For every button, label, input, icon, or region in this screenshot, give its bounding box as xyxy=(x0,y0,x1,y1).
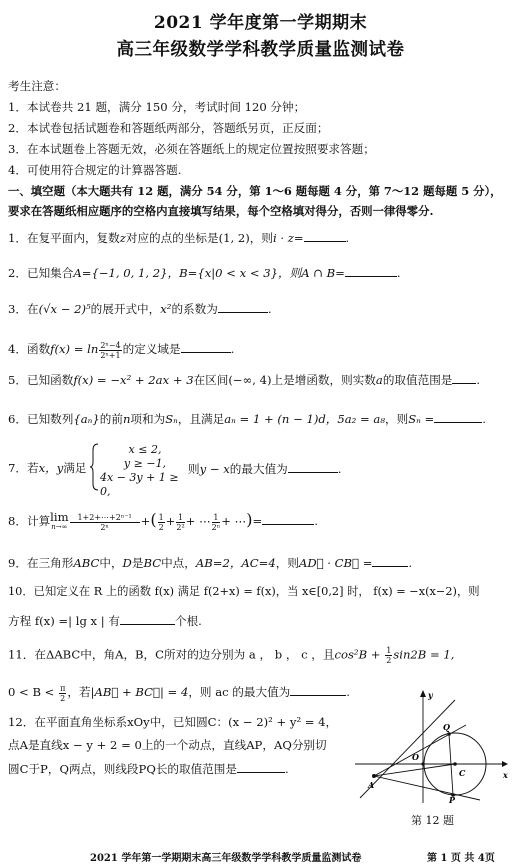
q8-f2-num: 1 xyxy=(176,513,184,523)
notice-heading: 考生注意： xyxy=(8,78,66,94)
q11-line2-tail: ，则 ac 的最大值为 xyxy=(188,685,290,699)
q7-end: . xyxy=(338,462,342,476)
question-12-line3: 圆C于P，Q两点，则线段PQ长的取值范围是. xyxy=(8,760,289,777)
question-7-prefix: 7．若x，y满足 xyxy=(8,460,86,476)
notice-item-4: 4．可使用符合规定的计算器答题. xyxy=(8,162,181,178)
q7-cond2: y ≥ −1, xyxy=(100,457,190,471)
q1-end: . xyxy=(346,231,350,245)
q6-sn: Sₙ xyxy=(165,412,178,426)
q8-lim: lim xyxy=(50,512,68,522)
tangent-aq xyxy=(374,725,466,776)
answer-blank-7[interactable] xyxy=(288,460,338,473)
q7-tail-pre: 则 xyxy=(188,462,200,476)
label-p: P xyxy=(448,795,456,803)
q8-text: 8．计算 xyxy=(8,514,50,528)
q6-end: . xyxy=(482,412,486,426)
tangent-ap xyxy=(374,776,480,800)
q7-vars: x，y xyxy=(39,461,64,475)
q8-f3-num: 1 xyxy=(212,513,221,523)
label-q: Q xyxy=(443,722,450,732)
answer-blank-12[interactable] xyxy=(237,760,285,773)
q8-lim-sub: n→∞ xyxy=(50,522,68,532)
label-o: O xyxy=(412,752,419,762)
q3-expr: (√x − 2)⁵ xyxy=(39,302,91,316)
q7-tail: 的最大值为 xyxy=(230,462,288,476)
answer-blank-1[interactable] xyxy=(304,229,346,242)
answer-blank-2[interactable] xyxy=(345,264,397,277)
answer-blank-5[interactable] xyxy=(452,371,476,384)
q9-d: D xyxy=(123,556,132,570)
q1-expr: i · z xyxy=(273,231,294,245)
q3-text: 3．在 xyxy=(8,302,39,316)
q11-pi-half: π2 xyxy=(59,684,66,703)
q11-half-den: 2 xyxy=(385,656,392,665)
q12-line3-pre: 圆C于P，Q两点，则线段PQ长的取值范围是 xyxy=(8,762,237,776)
question-3: 3．在(√x − 2)⁵的展开式中，x²的系数为. xyxy=(8,300,272,317)
q2-end: . xyxy=(397,266,401,280)
q5-text: 5．已知函数 xyxy=(8,373,73,387)
answer-blank-9[interactable] xyxy=(372,554,408,567)
q8-frac-num: 1+2+⋯+2ⁿ⁻¹ xyxy=(70,513,140,523)
point-o xyxy=(421,762,424,765)
q12-figure: y x O Q C A P xyxy=(350,688,515,803)
q9-end: . xyxy=(408,556,412,570)
footer-page-number: 第 1 页 共 4页 xyxy=(427,849,495,864)
q6-text-mid3: ，且满足 xyxy=(178,412,224,426)
q4-tail: 的定义域是 xyxy=(123,342,181,356)
q9-vector-expr: AD⃗ · CB⃗ = xyxy=(299,556,372,570)
answer-blank-10[interactable] xyxy=(120,612,175,625)
q7-cond1: x ≤ 2, xyxy=(100,443,190,457)
q5-tail: 的取值范围是 xyxy=(383,373,453,387)
q8-f2-den: 2² xyxy=(176,523,184,532)
q5-expr: f(x) = −x² + 2ax + 3 xyxy=(73,373,193,387)
q7-constraints: x ≤ 2, y ≥ −1, 4x − 3y + 1 ≥ 0, xyxy=(100,443,190,499)
q7-cond3: 4x − 3y + 1 ≥ 0, xyxy=(100,471,190,499)
q1-text: 1．在复平面内，复数 xyxy=(8,231,120,245)
q1-eq: = xyxy=(294,231,304,245)
question-10-line2: 方程 f(x) =| lg x | 有个根. xyxy=(8,612,202,629)
q4-end: . xyxy=(231,342,235,356)
segment-ac xyxy=(374,764,455,776)
q8-f3-den: 2ⁿ xyxy=(212,523,221,532)
point-q xyxy=(447,732,451,736)
question-11-line2: 0 < B < π2，若|AB⃗ + BC⃗| = 4，则 ac 的最大值为. xyxy=(8,683,350,703)
q1-text-mid: 对应的点的坐标是(1, 2)，则 xyxy=(126,231,273,245)
q11-line2-pre: 0 < B < xyxy=(8,685,58,699)
q5-end: . xyxy=(476,373,480,387)
q8-paren-open: ( xyxy=(150,510,156,529)
q8-frac-1: 12 xyxy=(158,513,165,532)
x-axis-arrow-icon xyxy=(502,761,508,767)
q4-expr: f(x) = ln xyxy=(50,342,98,356)
question-1: 1．在复平面内，复数z对应的点的坐标是(1, 2)，则i · z=. xyxy=(8,229,349,246)
q2-expr: A={−1, 0, 1, 2}，B={x|0 < x < 3}，则A ∩ B= xyxy=(73,266,345,280)
q3-end: . xyxy=(268,302,272,316)
q8-op1: + xyxy=(166,514,176,528)
label-a: A xyxy=(367,780,374,790)
q3-tail: 的系数为 xyxy=(171,302,217,316)
q8-f1-den: 2 xyxy=(158,523,165,532)
q4-frac-den: 2ˣ+1 xyxy=(99,351,121,360)
label-y: y xyxy=(427,690,434,700)
q7-text-mid: 满足 xyxy=(63,461,86,475)
q7-brace xyxy=(90,442,100,492)
q7-text: 7．若 xyxy=(8,461,39,475)
q12-end: . xyxy=(285,762,289,776)
q11-abs-expr: |AB⃗ + BC⃗| = 4 xyxy=(91,685,189,699)
question-8: 8．计算limn→∞1+2+⋯+2ⁿ⁻¹2ⁿ+(12+12²+ ⋯12ⁿ+ ⋯)… xyxy=(8,510,318,532)
question-5: 5．已知函数f(x) = −x² + 2ax + 3在区间(−∞, 4)上是增函… xyxy=(8,371,480,388)
q9-bc: BC xyxy=(143,556,161,570)
q9-ab: AB=2，AC=4 xyxy=(196,556,276,570)
q6-expr: {aₙ} xyxy=(73,412,99,426)
answer-blank-4[interactable] xyxy=(181,340,231,353)
question-10-line1: 10．已知定义在 R 上的函数 f(x) 满足 f(2+x) = f(x)，当 … xyxy=(8,583,480,599)
q3-expr2: x² xyxy=(160,302,171,316)
q8-frac-3: 12ⁿ xyxy=(212,513,221,532)
q9-tail: ，则 xyxy=(276,556,299,570)
question-6: 6．已知数列{aₙ}的前n项和为Sₙ，且满足aₙ = 1 + (n − 1)d，… xyxy=(8,410,486,427)
q9-text-mid3: 中点， xyxy=(161,556,196,570)
y-axis-arrow-icon xyxy=(420,690,426,697)
q8-end: . xyxy=(314,514,318,528)
label-c: C xyxy=(459,768,466,778)
question-9: 9．在三角形ABC中，D是BC中点，AB=2，AC=4，则AD⃗ · CB⃗ =… xyxy=(8,554,412,571)
answer-blank-3[interactable] xyxy=(218,300,268,313)
q6-text-mid: 的前 xyxy=(100,412,123,426)
q8-plus: + xyxy=(141,514,151,528)
q4-fraction: 2ˣ−42ˣ+1 xyxy=(99,341,121,360)
q4-text: 4．函数 xyxy=(8,342,50,356)
question-12-line1: 12．在平面直角坐标系xOy中，已知圆C：(x − 2)² + y² = 4， xyxy=(8,714,337,730)
q8-f1-num: 1 xyxy=(158,513,165,523)
answer-blank-8[interactable] xyxy=(262,512,314,525)
q6-tail: ，则 xyxy=(385,412,408,426)
q10-line2-pre: 方程 f(x) =| lg x | 有 xyxy=(8,614,120,628)
q11-expr1: cos²B + xyxy=(335,648,385,662)
q7-expr: y − x xyxy=(200,462,230,476)
answer-blank-6[interactable] xyxy=(434,410,482,423)
q9-text-mid2: 是 xyxy=(132,556,144,570)
question-2: 2．已知集合A={−1, 0, 1, 2}，B={x|0 < x < 3}，则A… xyxy=(8,264,401,281)
q6-sn2: Sₙ = xyxy=(408,412,434,426)
q10-line2-end: 个根. xyxy=(175,614,202,628)
q9-text: 9．在三角形 xyxy=(8,556,73,570)
q8-frac-2: 12² xyxy=(176,513,184,532)
notice-item-2: 2．本试卷包括试题卷和答题纸两部分，答题纸另页，正反面； xyxy=(8,120,328,136)
question-7-tail: 则y − x的最大值为. xyxy=(188,460,341,477)
q4-frac-num: 2ˣ−4 xyxy=(99,341,121,351)
answer-blank-11[interactable] xyxy=(290,683,346,696)
q11-line1-pre: 11．在ΔABC中，角A，B，C所对的边分别为 a ， b ， c ，且 xyxy=(8,648,335,662)
notice-item-1: 1．本试卷共 21 题，满分 150 分，考试时间 120 分钟； xyxy=(8,99,305,115)
question-12-line2: 点A是直线x − y + 2 = 0上的一个动点，直线AP，AQ分别切 xyxy=(8,737,327,753)
q11-pi-den: 2 xyxy=(59,694,66,703)
section-heading-line2: 要求在答题纸相应题序的空格内直接填写结果，每个空格填对得分，否则一律得零分. xyxy=(8,203,433,219)
q8-limit: limn→∞ xyxy=(50,512,68,532)
q11-half: 12 xyxy=(385,646,392,665)
q9-expr: ABC xyxy=(73,556,99,570)
q6-expr2: aₙ = 1 + (n − 1)d，5a₂ = a₈ xyxy=(224,412,385,426)
section-heading-line1: 一、填空题（本大题共有 12 题，满分 54 分，第 1～6 题每题 4 分，第… xyxy=(8,183,502,199)
q8-op2: + ⋯ xyxy=(186,514,211,528)
q11-line2-mid: ，若 xyxy=(67,685,90,699)
label-x: x xyxy=(502,770,508,780)
q5-text-mid: 在区间(−∞, 4)上是增函数，则实数 xyxy=(194,373,376,387)
footer-exam-name: 2021 学年第一学期期末高三年级数学学科教学质量监测试卷 xyxy=(90,849,361,864)
q8-op3: + ⋯ xyxy=(221,514,246,528)
q8-fraction: 1+2+⋯+2ⁿ⁻¹2ⁿ xyxy=(70,513,140,532)
q8-frac-den: 2ⁿ xyxy=(70,523,140,532)
q6-text: 6．已知数列 xyxy=(8,412,73,426)
figure-caption: 第 12 题 xyxy=(411,812,454,828)
point-c xyxy=(453,762,457,766)
q8-eq: = xyxy=(252,514,262,528)
q3-text-mid: 的展开式中， xyxy=(91,302,161,316)
q6-text-mid2: 项和为 xyxy=(130,412,165,426)
exam-title-line2: 高三年级数学学科教学质量监测试卷 xyxy=(0,36,521,61)
question-11-line1: 11．在ΔABC中，角A，B，C所对的边分别为 a ， b ， c ，且cos²… xyxy=(8,646,454,665)
notice-item-3: 3．在本试题卷上答题无效，必须在答题纸上的规定位置按照要求答题； xyxy=(8,141,375,157)
question-4: 4．函数f(x) = ln2ˣ−42ˣ+1的定义域是. xyxy=(8,340,234,360)
q11-expr2: sin2B = 1, xyxy=(393,648,454,662)
q2-text: 2．已知集合 xyxy=(8,266,73,280)
q11-half-num: 1 xyxy=(385,646,392,656)
q11-pi-num: π xyxy=(59,684,66,694)
q9-text-mid: 中， xyxy=(99,556,122,570)
q5-var: a xyxy=(376,373,383,387)
exam-title-line1: 2021 学年度第一学期期末 xyxy=(0,8,521,33)
